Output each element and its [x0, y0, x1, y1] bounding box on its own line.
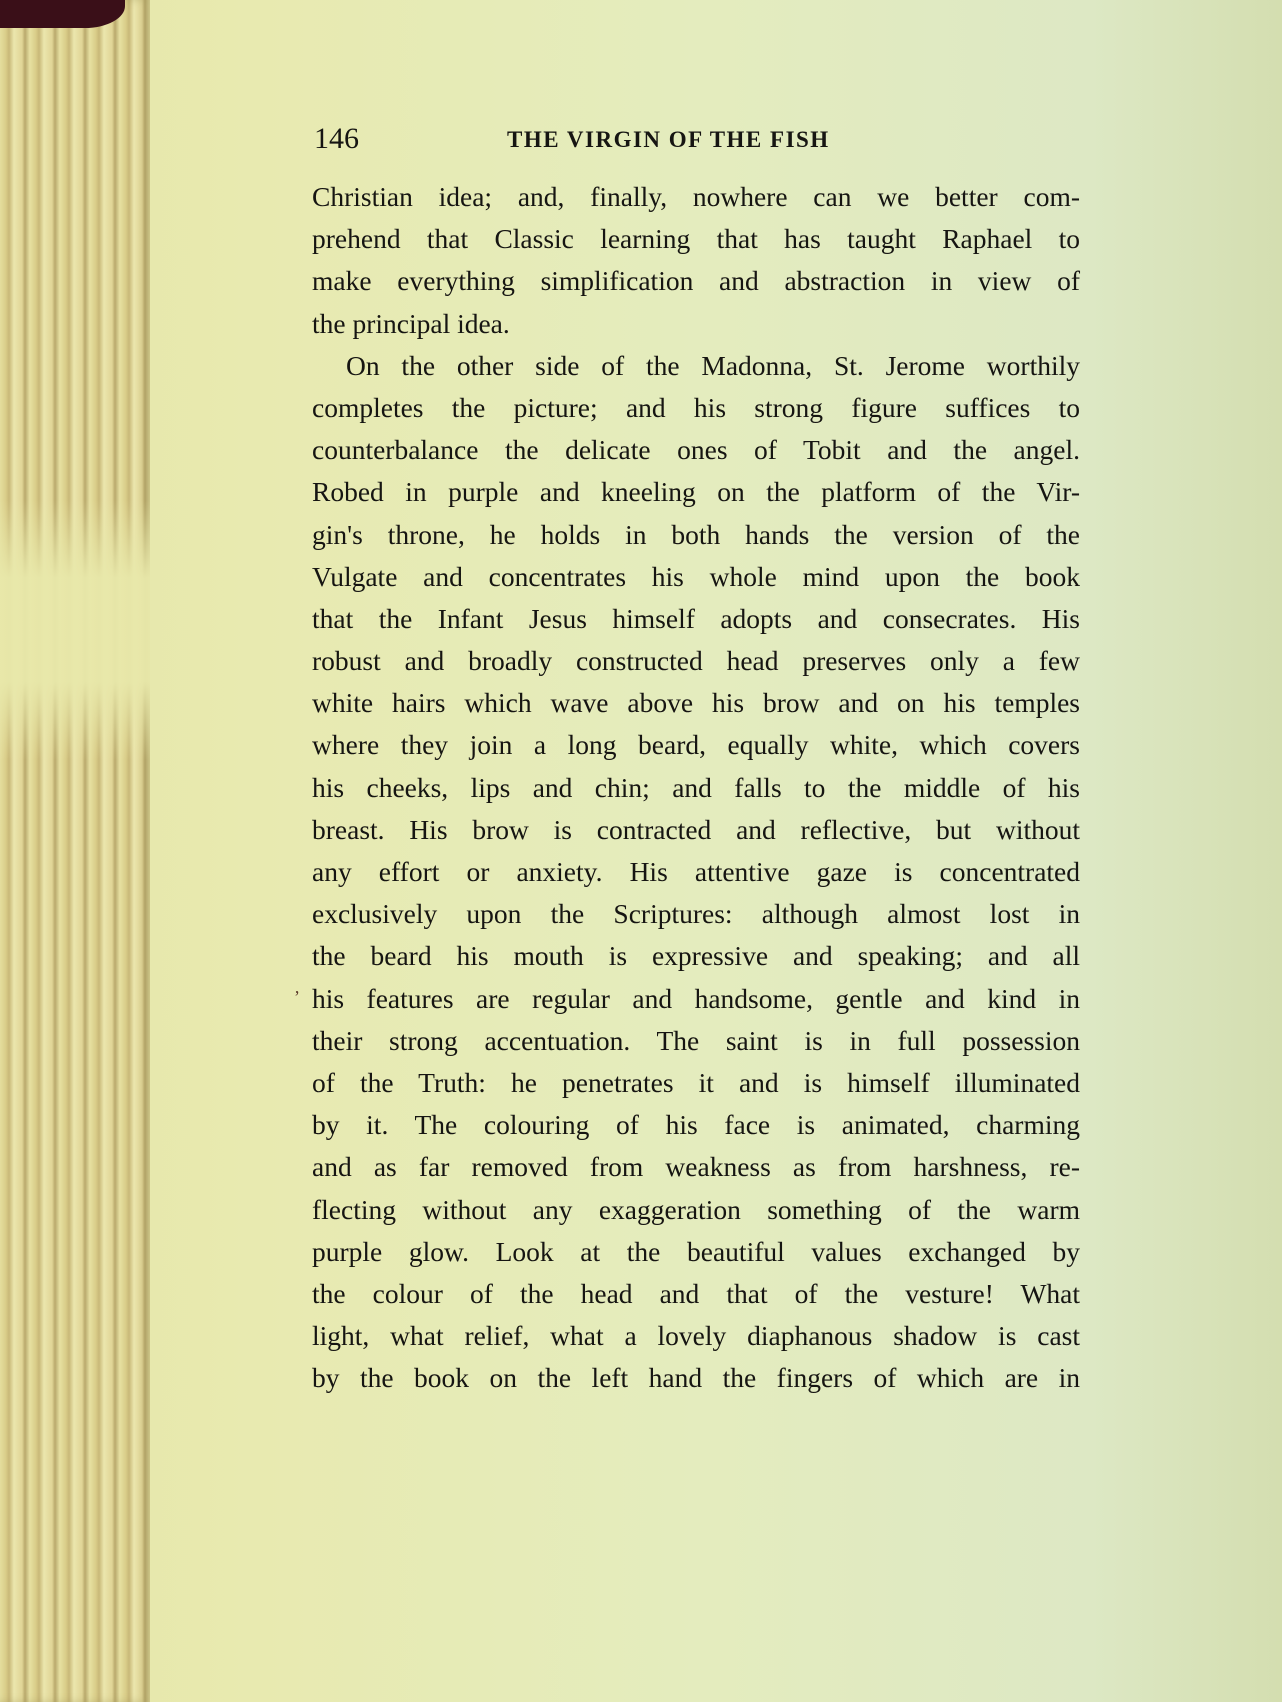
- text-line: of the Truth: he penetrates it and is hi…: [312, 1062, 1080, 1104]
- text-line: On the other side of the Madonna, St. Je…: [312, 345, 1080, 387]
- ink-mark: ‚: [294, 966, 300, 1008]
- text-line: any effort or anxiety. His attentive gaz…: [312, 851, 1080, 893]
- text-line: exclusively upon the Scriptures: althoug…: [312, 893, 1080, 935]
- text-line: counterbalance the delicate ones of Tobi…: [312, 429, 1080, 471]
- book-binding-corner: [0, 0, 125, 28]
- text-line: white hairs which wave above his brow an…: [312, 682, 1080, 724]
- text-line: prehend that Classic learning that has t…: [312, 218, 1080, 260]
- text-line: gin's throne, he holds in both hands the…: [312, 514, 1080, 556]
- body-text: ‚ Christian idea; and, finally, nowhere …: [312, 176, 1080, 1399]
- text-line: completes the picture; and his strong fi…: [312, 387, 1080, 429]
- text-line: make everything simplification and abstr…: [312, 260, 1080, 302]
- text-line: the beard his mouth is expressive and sp…: [312, 935, 1080, 977]
- text-line: that the Infant Jesus himself adopts and…: [312, 598, 1080, 640]
- text-line: his features are regular and handsome, g…: [312, 978, 1080, 1020]
- text-line: their strong accentuation. The saint is …: [312, 1020, 1080, 1062]
- text-line: Christian idea; and, finally, nowhere ca…: [312, 176, 1080, 218]
- text-line: by it. The colouring of his face is anim…: [312, 1104, 1080, 1146]
- text-line: where they join a long beard, equally wh…: [312, 724, 1080, 766]
- running-title: THE VIRGIN OF THE FISH: [507, 127, 830, 153]
- text-line: the colour of the head and that of the v…: [312, 1273, 1080, 1315]
- text-line: robust and broadly constructed head pres…: [312, 640, 1080, 682]
- text-line: his cheeks, lips and chin; and falls to …: [312, 767, 1080, 809]
- page-edges-highlight: [0, 500, 150, 760]
- text-line: the principal idea.: [312, 303, 1080, 345]
- text-line: by the book on the left hand the fingers…: [312, 1357, 1080, 1399]
- text-line: light, what relief, what a lovely diapha…: [312, 1315, 1080, 1357]
- book-page-edges: [0, 0, 150, 1702]
- page-header: 146 THE VIRGIN OF THE FISH: [312, 122, 1082, 162]
- text-line: Vulgate and concentrates his whole mind …: [312, 556, 1080, 598]
- text-line: and as far removed from weakness as from…: [312, 1146, 1080, 1188]
- text-line: flecting without any exaggeration someth…: [312, 1189, 1080, 1231]
- page-number: 146: [314, 122, 359, 156]
- text-line: Robed in purple and kneeling on the plat…: [312, 471, 1080, 513]
- text-line: purple glow. Look at the beautiful value…: [312, 1231, 1080, 1273]
- text-line: breast. His brow is contracted and refle…: [312, 809, 1080, 851]
